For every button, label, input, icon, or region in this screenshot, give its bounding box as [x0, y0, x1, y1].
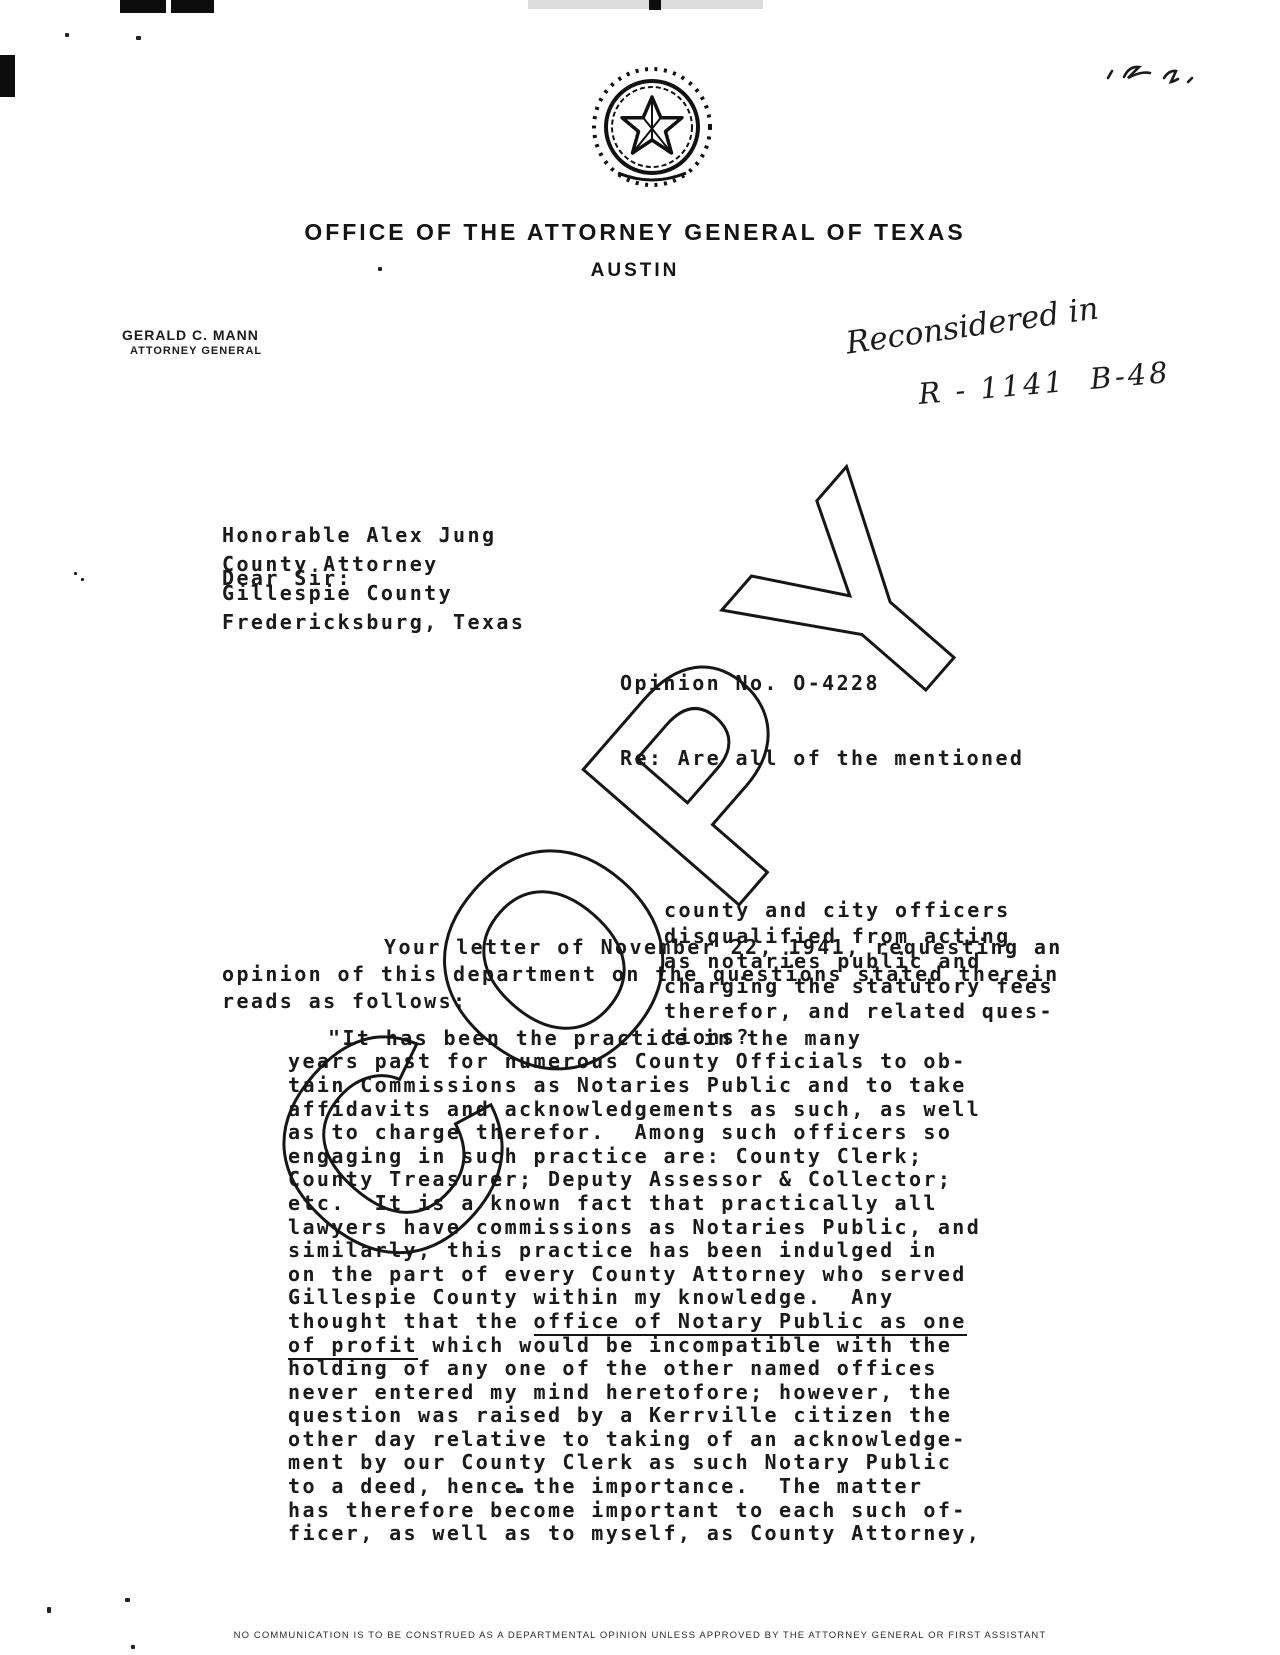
quote-line-text: Gillespie County within my knowledge. An… — [288, 1285, 895, 1309]
scan-artifact — [171, 0, 214, 13]
quote-line-text: County Treasurer; Deputy Assessor & Coll… — [288, 1167, 952, 1191]
quote-line-text: on the part of every County Attorney who… — [288, 1262, 967, 1286]
quote-line: Gillespie County within my knowledge. An… — [288, 1286, 981, 1310]
scanned-letter-page: OFFICE OF THE ATTORNEY GENERAL OF TEXAS … — [0, 0, 1280, 1655]
quote-line: ment by our County Clerk as such Notary … — [288, 1451, 981, 1475]
quote-line-text: question was raised by a Kerrville citiz… — [288, 1403, 952, 1427]
quote-line-text: ficer, as well as to myself, as County A… — [288, 1521, 981, 1545]
quote-line: ficer, as well as to myself, as County A… — [288, 1522, 981, 1546]
handwritten-annotation-line1: Reconsidered in — [844, 290, 1101, 361]
scan-speck — [136, 36, 141, 40]
quote-line: "It has been the practice in the many — [288, 1027, 981, 1051]
sender-block: GERALD C. MANN ATTORNEY GENERAL — [122, 327, 262, 357]
quote-line-text: lawyers have commissions as Notaries Pub… — [288, 1215, 981, 1239]
sender-title: ATTORNEY GENERAL — [130, 345, 262, 357]
scan-speck — [131, 1645, 135, 1649]
recipient-address: Honorable Alex JungCounty AttorneyGilles… — [222, 434, 525, 637]
scan-artifact — [0, 55, 15, 97]
quote-line-text: affidavits and acknowledgements as such,… — [288, 1097, 981, 1121]
quote-line-text: engaging in such practice are: County Cl… — [288, 1144, 923, 1168]
quote-line: engaging in such practice are: County Cl… — [288, 1145, 981, 1169]
quote-line: thought that the office of Notary Public… — [288, 1310, 981, 1334]
state-seal-icon — [588, 63, 716, 193]
letterhead-title: OFFICE OF THE ATTORNEY GENERAL OF TEXAS — [0, 219, 1270, 246]
letterhead-city: AUSTIN — [0, 260, 1270, 282]
opinion-re-line: Re: Are all of the mentioned — [620, 746, 1054, 771]
quote-line: as to charge therefor. Among such office… — [288, 1121, 981, 1145]
quote-line-text: tain Commissions as Notaries Public and … — [288, 1073, 967, 1097]
scan-speck — [81, 578, 84, 581]
quote-line: other day relative to taking of an ackno… — [288, 1428, 981, 1452]
footer-disclaimer: NO COMMUNICATION IS TO BE CONSTRUED AS A… — [0, 1630, 1280, 1641]
scan-speck — [47, 1607, 51, 1613]
quote-line-text: as to charge therefor. Among such office… — [288, 1120, 952, 1144]
quote-line: never entered my mind heretofore; howeve… — [288, 1381, 981, 1405]
scan-speck — [65, 33, 69, 37]
recipient-address-line: Fredericksburg, Texas — [222, 608, 525, 637]
opinion-number: Opinion No. O-4228 — [620, 671, 1054, 696]
scan-artifact — [528, 0, 763, 9]
quote-line-text: which would be incompatible with the — [418, 1333, 952, 1357]
quote-line: on the part of every County Attorney who… — [288, 1263, 981, 1287]
quote-line: holding of any one of the other named of… — [288, 1357, 981, 1381]
quote-line: similarly, this practice has been indulg… — [288, 1239, 981, 1263]
corner-scribble-mark — [1100, 48, 1200, 92]
quote-line: of profit which would be incompatible wi… — [288, 1334, 981, 1358]
quote-line-text: has therefore become important to each s… — [288, 1498, 967, 1522]
quote-line-text: never entered my mind heretofore; howeve… — [288, 1380, 952, 1404]
recipient-address-line: Honorable Alex Jung — [222, 521, 525, 550]
quote-line: etc. It is a known fact that practically… — [288, 1192, 981, 1216]
scan-speck — [74, 572, 77, 575]
quote-line-text: thought that the — [288, 1309, 534, 1333]
quote-line-text: holding of any one of the other named of… — [288, 1356, 938, 1380]
quote-line-text: other day relative to taking of an ackno… — [288, 1427, 967, 1451]
quote-line-text: similarly, this practice has been indulg… — [288, 1238, 938, 1262]
scan-artifact — [120, 0, 166, 13]
quote-line: County Treasurer; Deputy Assessor & Coll… — [288, 1168, 981, 1192]
quote-line: affidavits and acknowledgements as such,… — [288, 1098, 981, 1122]
quoted-letter-body: "It has been the practice in the manyyea… — [288, 956, 981, 1546]
quote-line: tain Commissions as Notaries Public and … — [288, 1074, 981, 1098]
quote-line: has therefore become important to each s… — [288, 1499, 981, 1523]
sender-name: GERALD C. MANN — [122, 327, 262, 343]
quote-line-text: to a deed, hence the importance. The mat… — [288, 1474, 923, 1498]
quote-line: lawyers have commissions as Notaries Pub… — [288, 1216, 981, 1240]
quote-line: years past for numerous County Officials… — [288, 1050, 981, 1074]
quote-line-text: etc. It is a known fact that practically… — [288, 1191, 938, 1215]
handwritten-annotation-line2: R - 1141 B-48 — [917, 355, 1172, 411]
scan-speck — [125, 1598, 130, 1602]
quote-line-text: years past for numerous County Officials… — [288, 1049, 967, 1073]
scan-artifact — [649, 0, 661, 10]
quote-line: question was raised by a Kerrville citiz… — [288, 1404, 981, 1428]
quote-line: to a deed, hence the importance. The mat… — [288, 1475, 981, 1499]
quote-line-text: ment by our County Clerk as such Notary … — [288, 1450, 952, 1474]
quote-line-text: "It has been the practice in the many — [328, 1026, 862, 1050]
salutation: Dear Sir: — [222, 566, 352, 590]
